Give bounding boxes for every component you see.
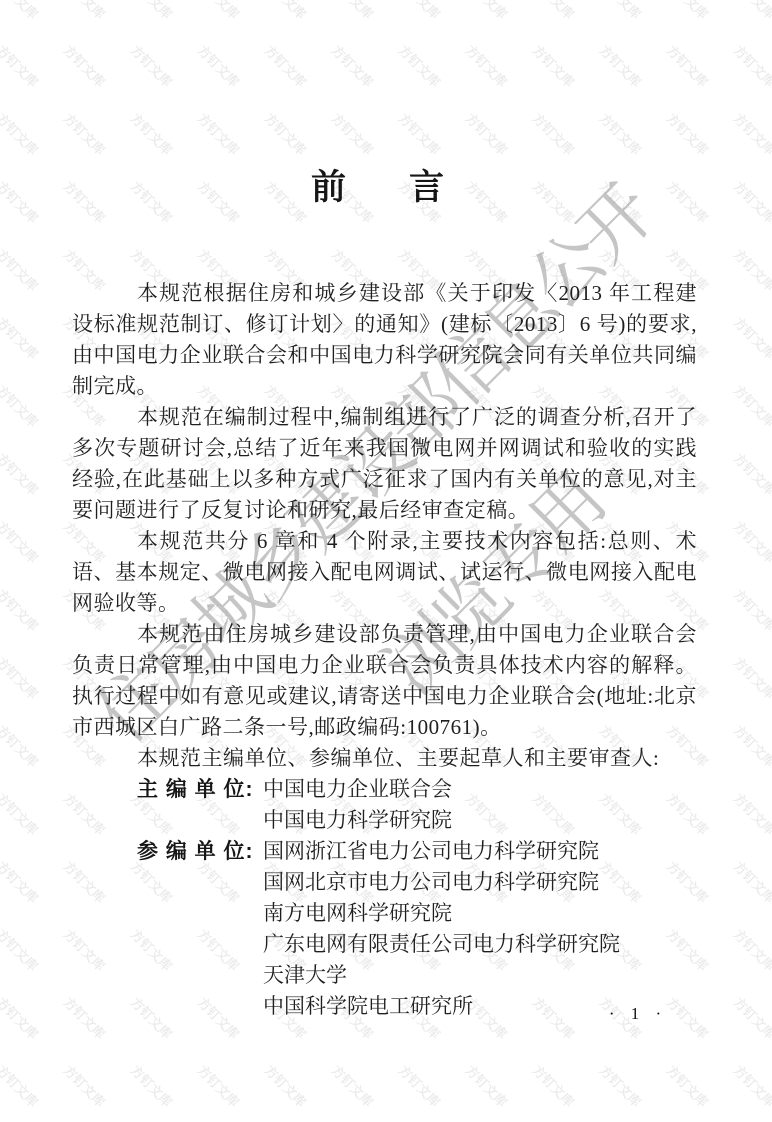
watermark-tile: 方钉文库 bbox=[60, 1060, 110, 1110]
watermark-tile: 方钉文库 bbox=[730, 40, 772, 90]
watermark-tile: 方钉文库 bbox=[0, 108, 43, 158]
paragraph-1: 本规范根据住房和城乡建设部《关于印发〈2013 年工程建设标准规范制订、修订计划… bbox=[72, 278, 697, 402]
watermark-tile: 方钉文库 bbox=[730, 720, 772, 770]
watermark-tile: 方钉文库 bbox=[127, 1060, 177, 1110]
paragraph-4: 本规范由住房城乡建设部负责管理,由中国电力企业联合会负责日常管理,由中国电力企业… bbox=[72, 619, 697, 743]
watermark-tile: 方钉文库 bbox=[0, 0, 43, 23]
watermark-tile: 方钉文库 bbox=[730, 584, 772, 634]
editor-unit: 国网北京市电力公司电力科学研究院 bbox=[263, 867, 697, 898]
chief-editor-label: 主 编 单 位: bbox=[137, 774, 263, 836]
watermark-tile: 方钉文库 bbox=[0, 1060, 43, 1110]
watermark-tile: 方钉文库 bbox=[462, 1060, 512, 1110]
watermark-tile: 方钉文库 bbox=[0, 176, 43, 226]
watermark-tile: 方钉文库 bbox=[730, 516, 772, 566]
participant-editor-row: 参 编 单 位: 国网浙江省电力公司电力科学研究院国网北京市电力公司电力科学研究… bbox=[137, 836, 697, 1022]
watermark-tile: 方钉文库 bbox=[0, 856, 43, 906]
chief-editor-row: 主 编 单 位: 中国电力企业联合会中国电力科学研究院 bbox=[137, 774, 697, 836]
page-number: · 1 · bbox=[588, 1004, 688, 1024]
paragraph-5: 本规范主编单位、参编单位、主要起草人和主要审查人: bbox=[72, 743, 697, 774]
participant-editor-units: 国网浙江省电力公司电力科学研究院国网北京市电力公司电力科学研究院南方电网科学研究… bbox=[263, 836, 697, 1022]
watermark-tile: 方钉文库 bbox=[730, 652, 772, 702]
watermark-tile: 方钉文库 bbox=[0, 720, 43, 770]
watermark-tile: 方钉文库 bbox=[0, 40, 43, 90]
editor-unit: 中国电力科学研究院 bbox=[263, 805, 697, 836]
editor-unit: 广东电网有限责任公司电力科学研究院 bbox=[263, 929, 697, 960]
watermark-tile: 方钉文库 bbox=[730, 108, 772, 158]
watermark-tile: 方钉文库 bbox=[730, 244, 772, 294]
watermark-tile: 方钉文库 bbox=[730, 380, 772, 430]
editor-unit: 南方电网科学研究院 bbox=[263, 898, 697, 929]
watermark-tile: 方钉文库 bbox=[730, 1060, 772, 1110]
watermark-tile: 方钉文库 bbox=[730, 0, 772, 23]
page-content: 前 言 本规范根据住房和城乡建设部《关于印发〈2013 年工程建设标准规范制订、… bbox=[72, 0, 697, 1022]
watermark-tile: 方钉文库 bbox=[0, 652, 43, 702]
paragraph-2: 本规范在编制过程中,编制组进行了广泛的调查分析,召开了多次专题研讨会,总结了近年… bbox=[72, 402, 697, 526]
watermark-tile: 方钉文库 bbox=[0, 924, 43, 974]
foreword-body: 本规范根据住房和城乡建设部《关于印发〈2013 年工程建设标准规范制订、修订计划… bbox=[72, 278, 697, 1022]
watermark-tile: 方钉文库 bbox=[0, 380, 43, 430]
watermark-tile: 方钉文库 bbox=[730, 176, 772, 226]
watermark-tile: 方钉文库 bbox=[0, 992, 43, 1042]
watermark-tile: 方钉文库 bbox=[0, 312, 43, 362]
watermark-tile: 方钉文库 bbox=[730, 856, 772, 906]
watermark-tile: 方钉文库 bbox=[194, 1060, 244, 1110]
watermark-tile: 方钉文库 bbox=[529, 1060, 579, 1110]
watermark-tile: 方钉文库 bbox=[0, 516, 43, 566]
editor-unit: 国网浙江省电力公司电力科学研究院 bbox=[263, 836, 697, 867]
watermark-tile: 方钉文库 bbox=[596, 1060, 646, 1110]
watermark-tile: 方钉文库 bbox=[730, 448, 772, 498]
watermark-tile: 方钉文库 bbox=[730, 788, 772, 838]
watermark-tile: 方钉文库 bbox=[328, 1060, 378, 1110]
chief-editor-units: 中国电力企业联合会中国电力科学研究院 bbox=[263, 774, 697, 836]
watermark-tile: 方钉文库 bbox=[395, 1060, 445, 1110]
watermark-tile: 方钉文库 bbox=[730, 312, 772, 362]
document-page: 方钉文库方钉文库方钉文库方钉文库方钉文库方钉文库方钉文库方钉文库方钉文库方钉文库… bbox=[0, 0, 772, 1122]
paragraph-3: 本规范共分 6 章和 4 个附录,主要技术内容包括:总则、术语、基本规定、微电网… bbox=[72, 526, 697, 619]
editor-unit: 中国电力企业联合会 bbox=[263, 774, 697, 805]
editor-unit: 天津大学 bbox=[263, 960, 697, 991]
watermark-tile: 方钉文库 bbox=[663, 1060, 713, 1110]
watermark-tile: 方钉文库 bbox=[0, 448, 43, 498]
watermark-tile: 方钉文库 bbox=[730, 924, 772, 974]
participant-editor-label: 参 编 单 位: bbox=[137, 836, 263, 1022]
watermark-tile: 方钉文库 bbox=[0, 788, 43, 838]
watermark-tile: 方钉文库 bbox=[730, 992, 772, 1042]
watermark-tile: 方钉文库 bbox=[261, 1060, 311, 1110]
watermark-tile: 方钉文库 bbox=[0, 584, 43, 634]
watermark-tile: 方钉文库 bbox=[0, 244, 43, 294]
page-title: 前 言 bbox=[72, 0, 697, 210]
